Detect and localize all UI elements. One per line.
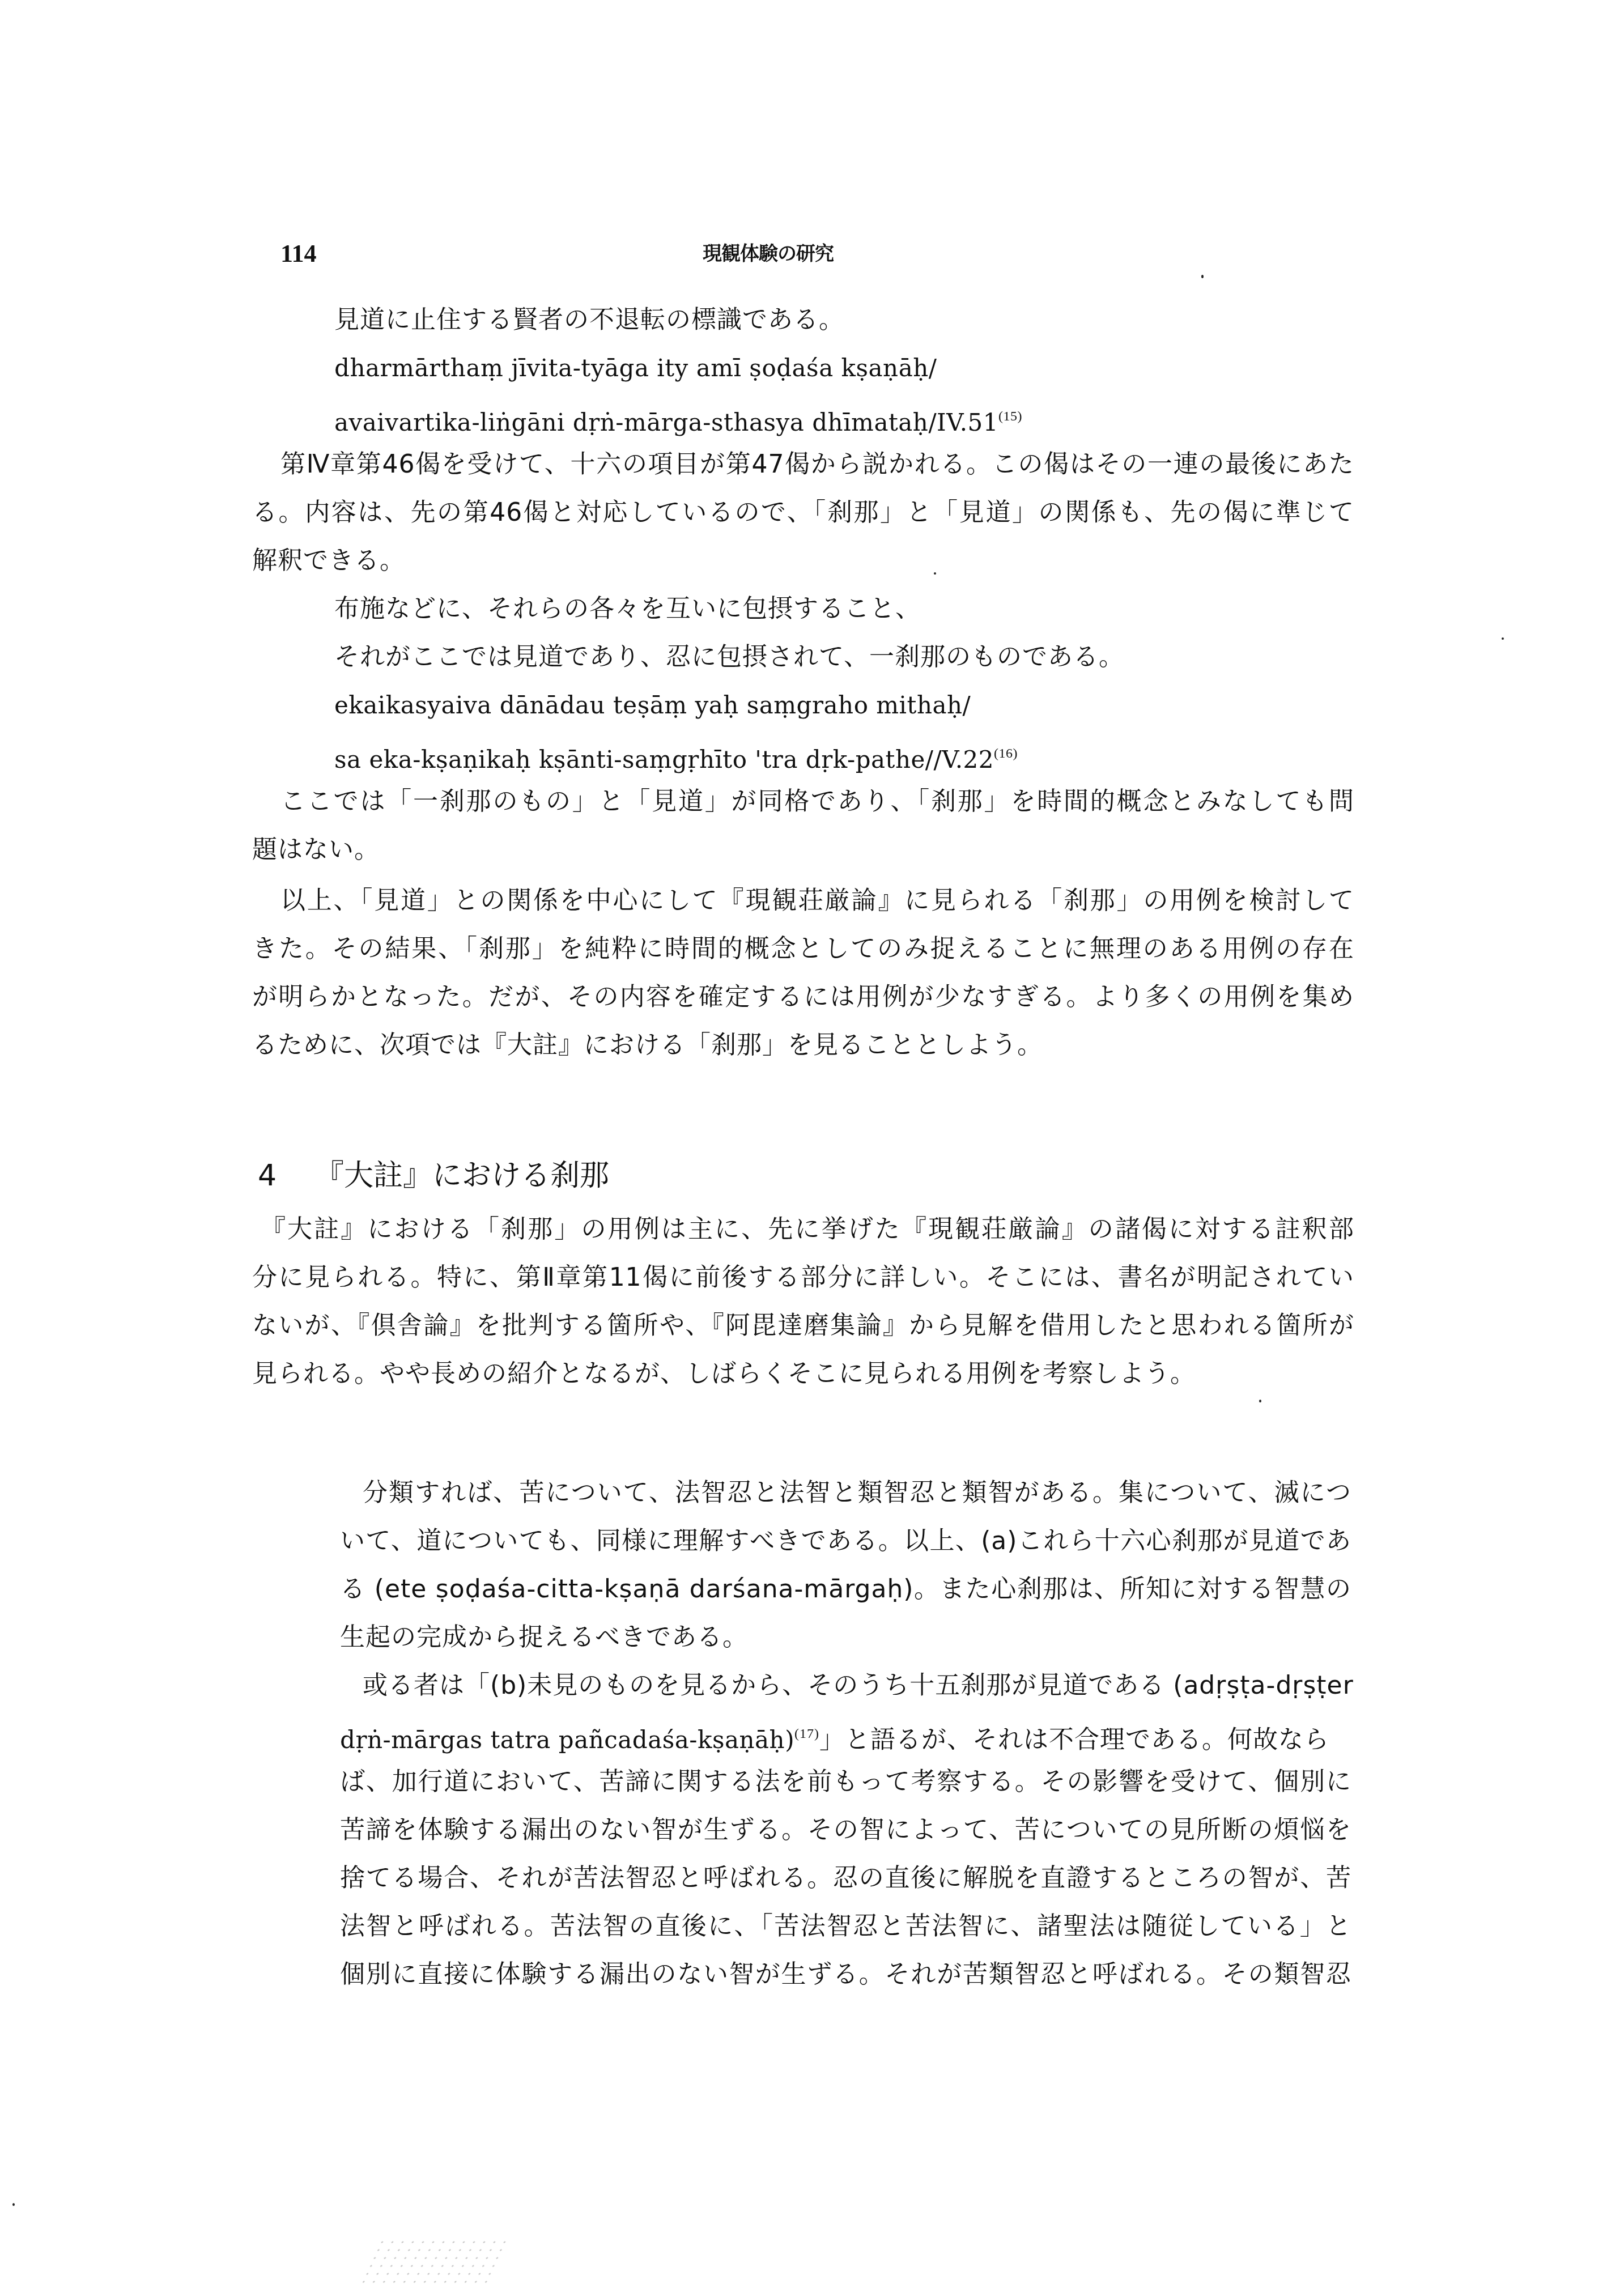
scan-speck	[934, 572, 936, 575]
document-page: 114 現観体験の研究 見道に止住する賢者の不退転の標識である。 dharmār…	[0, 0, 1624, 2296]
sanskrit-text: dṛṅ-mārgas tatra pañcadaśa-kṣaṇāḥ)	[340, 1726, 794, 1754]
footnote-marker: (15)	[998, 409, 1022, 424]
sanskrit-text: avaivartika-liṅgāni dṛṅ-mārga-sthasya dh…	[334, 409, 998, 436]
quote-text-line: 捨てる場合、それが苦法智忍と呼ばれる。忍の直後に解脱を直證するところの智が、苦	[340, 1861, 1351, 1895]
sanskrit-text: sa eka-kṣaṇikaḥ kṣānti-saṃgṛhīto 'tra dṛ…	[334, 746, 994, 773]
sanskrit-verse-line: dharmārthaṃ jīvita-tyāga ity amī ṣoḍaśa …	[334, 351, 937, 385]
sanskrit-verse-line: ekaikasyaiva dānādau teṣāṃ yaḥ saṃgraho …	[334, 688, 971, 722]
quote-text: 」と語るが、それは不合理である。何故なら	[819, 1725, 1329, 1754]
scan-speck	[12, 2203, 15, 2206]
body-text-line: 『大註』における「刹那」の用例は主に、先に挙げた『現観荘厳論』の諸偈に対する註釈…	[261, 1213, 1354, 1247]
body-text-line: 解釈できる。	[252, 544, 405, 578]
body-text-line: 以上、「見道」との関係を中心にして『現観荘厳論』に見られる「刹那」の用例を検討し…	[280, 884, 1354, 918]
running-header: 114 現観体験の研究	[252, 237, 1354, 271]
quote-text-line: 生起の完成から捉えるべきである。	[340, 1621, 748, 1655]
running-title: 現観体験の研究	[703, 237, 834, 271]
quote-text-line: 法智と呼ばれる。苦法智の直後に、「苦法智忍と苦法智に、諸聖法は随従している」と	[340, 1910, 1351, 1944]
footnote-marker: (17)	[794, 1727, 819, 1741]
quote-text-line: 或る者は「(b)未見のものを見るから、そのうち十五刹那が見道である (adṛṣṭ…	[363, 1669, 1351, 1703]
sanskrit-verse-line: sa eka-kṣaṇikaḥ kṣānti-saṃgṛhīto 'tra dṛ…	[334, 737, 1018, 771]
section-title: 『大註』における刹那	[314, 1159, 609, 1193]
section-number: 4	[258, 1156, 314, 1196]
scan-speck	[1201, 275, 1204, 278]
body-text-line: 第Ⅳ章第46偈を受けて、十六の項目が第47偈から説かれる。この偈はその一連の最後…	[280, 448, 1354, 482]
footnote-marker: (16)	[994, 746, 1018, 761]
quote-text-line: dṛṅ-mārgas tatra pañcadaśa-kṣaṇāḥ)(17)」と…	[340, 1717, 1351, 1751]
body-text-line: ないが、『倶舎論』を批判する箇所や、『阿毘達磨集論』から見解を借用したと思われる…	[252, 1309, 1354, 1343]
quote-text-line: 苦諦を体験する漏出のない智が生ずる。その智によって、苦についての見所断の煩悩を	[340, 1813, 1351, 1847]
sanskrit-verse-line: avaivartika-liṅgāni dṛṅ-mārga-sthasya dh…	[334, 399, 1022, 433]
quote-text-line: 分類すれば、苦について、法智忍と法智と類智忍と類智がある。集について、滅につ	[363, 1476, 1351, 1510]
body-text-line: るために、次項では『大註』における「刹那」を見ることとしよう。	[252, 1028, 1043, 1062]
quote-text-line: ば、加行道において、苦諦に関する法を前もって考察する。その影響を受けて、個別に	[340, 1765, 1351, 1799]
verse-line: それがここでは見道であり、忍に包摂されて、一刹那のものである。	[334, 640, 1124, 674]
body-text-line: る。内容は、先の第46偈と対応しているので、「刹那」と「見道」の関係も、先の偈に…	[252, 496, 1354, 530]
body-text-line: きた。その結果、「刹那」を純粋に時間的概念としてのみ捉えることに無理のある用例の…	[252, 932, 1354, 966]
quote-text-line: 個別に直接に体験する漏出のない智が生ずる。それが苦類智忍と呼ばれる。その類智忍	[340, 1958, 1351, 1992]
section-heading: 4『大註』における刹那	[258, 1156, 609, 1196]
page-number: 114	[280, 237, 317, 271]
body-text-line: 見られる。やや長めの紹介となるが、しばらくそこに見られる用例を考察しよう。	[252, 1357, 1196, 1391]
body-text-line: が明らかとなった。だが、その内容を確定するには用例が少なすぎる。より多くの用例を…	[252, 980, 1354, 1014]
body-text-line: 分に見られる。特に、第Ⅱ章第11偈に前後する部分に詳しい。そこには、書名が明記さ…	[252, 1261, 1354, 1295]
quote-text-line: る (ete ṣoḍaśa-citta-kṣaṇā darśana-mārgaḥ…	[340, 1572, 1351, 1606]
verse-line: 見道に止住する賢者の不退転の標識である。	[334, 303, 844, 337]
verse-line: 布施などに、それらの各々を互いに包摂すること、	[334, 592, 921, 626]
scan-noise	[358, 2238, 509, 2284]
body-text-line: ここでは「一刹那のもの」と「見道」が同格であり、「刹那」を時間的概念とみなしても…	[280, 785, 1354, 819]
quote-text-line: いて、道についても、同様に理解すべきである。以上、(a)これら十六心刹那が見道で…	[340, 1524, 1351, 1558]
scan-speck	[1259, 1400, 1261, 1402]
body-text-line: 題はない。	[252, 833, 380, 867]
scan-speck	[1502, 637, 1504, 640]
